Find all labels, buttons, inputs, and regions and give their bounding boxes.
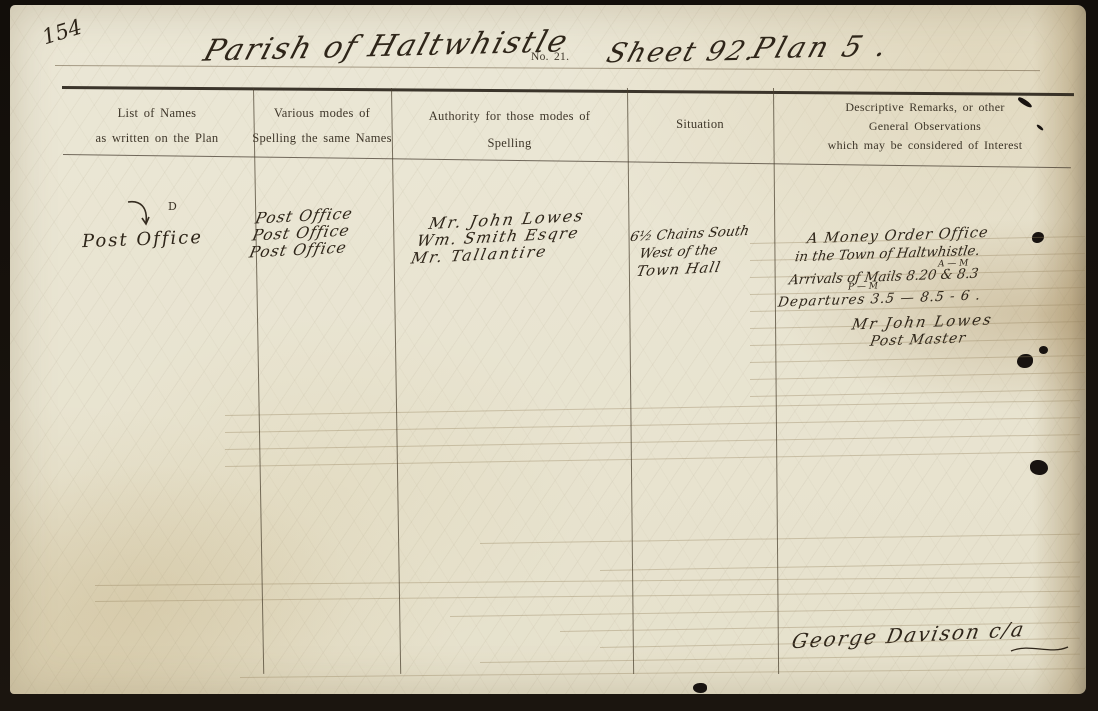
- sheet-number: Sheet 92.: [603, 36, 762, 70]
- parish-title: Parish of Haltwhistle: [199, 24, 573, 68]
- column-header-line: which may be considered of Interest: [775, 136, 1075, 155]
- entry-remarks-line: Arrivals of Mails 8.20 & 8.3: [788, 266, 980, 289]
- column-header-spelling: Various modes of Spelling the same Names: [252, 101, 392, 151]
- ink-blot: [1032, 232, 1044, 243]
- ink-blot: [1030, 460, 1048, 475]
- page-number: 154: [39, 15, 84, 50]
- column-header-line: Descriptive Remarks, or other: [775, 98, 1075, 117]
- rule-line: [225, 434, 1080, 450]
- rule-line: [225, 417, 1080, 433]
- rule-line: [750, 389, 1085, 397]
- surveyor-signature: George Davison c/a: [790, 617, 1028, 653]
- rule-line: [95, 591, 1080, 602]
- rule-line: [95, 576, 1080, 586]
- rule-line: [240, 668, 1085, 678]
- column-header-remarks: Descriptive Remarks, or other General Ob…: [775, 98, 1075, 155]
- column-header-line: General Observations: [775, 117, 1075, 136]
- column-header-line: Spelling: [392, 130, 627, 157]
- column-header-authority: Authority for those modes of Spelling: [392, 103, 627, 157]
- column-header-line: Spelling the same Names: [252, 126, 392, 151]
- rule-line: [450, 606, 1080, 617]
- rule-line: [225, 451, 1080, 467]
- scanned-document: 154 Parish of Haltwhistle No. 21. Sheet …: [0, 0, 1098, 711]
- rule-line: [600, 562, 1080, 571]
- annotation-mark: D: [168, 200, 177, 213]
- entry-situation-line: Town Hall: [635, 260, 722, 280]
- rule-line: [480, 654, 1080, 663]
- entry-situation-line: West of the: [638, 242, 719, 262]
- entry-spelling: Post Office: [248, 238, 349, 261]
- column-header-names: List of Names as written on the Plan: [62, 101, 252, 151]
- entry-remarks-line: Post Master: [869, 330, 968, 349]
- column-divider-line: [773, 88, 779, 674]
- column-divider-line: [627, 88, 634, 674]
- column-header-line: Situation: [627, 117, 773, 132]
- column-header-line: Various modes of: [252, 101, 392, 126]
- entry-situation-line: 6½ Chains South: [629, 223, 751, 245]
- ink-blot: [1017, 354, 1033, 368]
- document-page: 154 Parish of Haltwhistle No. 21. Sheet …: [10, 5, 1086, 694]
- entry-remarks-line: Departures 3.5 — 8.5 - 6 .: [777, 287, 982, 310]
- rule-line: [225, 400, 1080, 416]
- rule-line: [750, 372, 1085, 380]
- form-number: No. 21.: [531, 51, 569, 63]
- ink-blot: [1039, 346, 1048, 354]
- column-header-line: Authority for those modes of: [392, 103, 627, 130]
- entry-remarks-line: Mr John Lowes: [850, 310, 994, 333]
- rule-line: [62, 86, 1074, 96]
- entry-name: Post Office: [82, 227, 204, 252]
- column-header-situation: Situation: [627, 117, 773, 132]
- ink-blot: [693, 683, 707, 693]
- column-header-line: List of Names: [62, 101, 252, 126]
- column-divider-line: [253, 88, 264, 674]
- plan-number: Plan 5 .: [748, 29, 894, 65]
- rule-line: [480, 534, 1080, 544]
- signature-flourish: [1010, 641, 1070, 657]
- column-divider-line: [391, 88, 401, 674]
- rule-line: [750, 355, 1085, 363]
- column-header-line: as written on the Plan: [62, 126, 252, 151]
